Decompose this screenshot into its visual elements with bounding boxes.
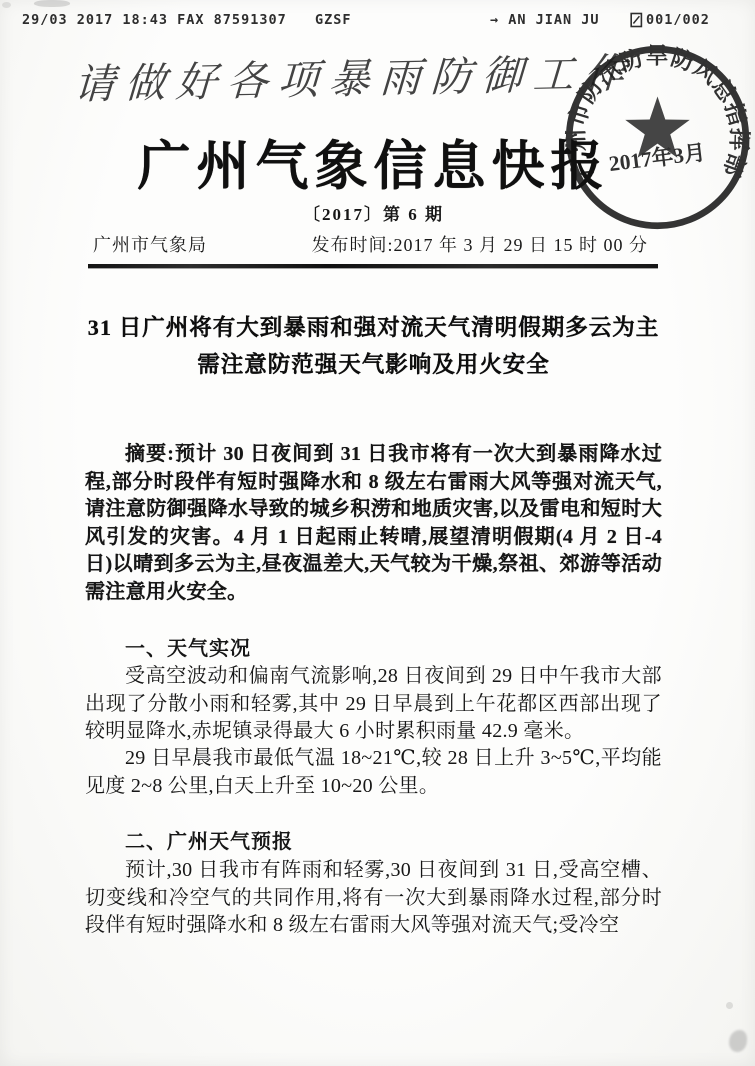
fax-page-counter: 001/002	[630, 12, 710, 28]
fax-recipient: → AN JIAN JU	[490, 12, 600, 28]
section-1-paragraph-1: 受高空波动和偏南气流影响,28 日夜间到 29 日中午我市大部出现了分散小雨和轻…	[85, 663, 662, 746]
fax-document-page: 29/03 2017 18:43 FAX 87591307 GZSF → AN …	[0, 0, 755, 1066]
issue-number: 〔2017〕第 6 期	[85, 200, 662, 225]
publisher: 广州市气象局	[93, 231, 207, 257]
masthead-divider	[88, 264, 658, 268]
handwritten-note: 请做好各项暴雨防御工作	[73, 40, 616, 110]
page-icon	[630, 12, 643, 28]
headline-line-2: 需注意防范强天气影响及用火安全	[85, 346, 662, 383]
fax-page-count: 001/002	[646, 12, 710, 28]
headline: 31 日广州将有大到暴雨和强对流天气清明假期多云为主 需注意防范强天气影响及用火…	[85, 309, 662, 383]
headline-line-1: 31 日广州将有大到暴雨和强对流天气清明假期多云为主	[85, 309, 662, 346]
fax-datetime: 29/03 2017 18:43 FAX 87591307	[22, 12, 287, 28]
section-2-paragraph-1: 预计,30 日我市有阵雨和轻雾,30 日夜间到 31 日,受高空槽、切变线和冷空…	[85, 857, 662, 940]
section-1-paragraph-2: 29 日早晨我市最低气温 18~21℃,较 28 日上升 3~5℃,平均能见度 …	[85, 745, 662, 800]
bulletin-title: 广州气象信息快报	[85, 124, 662, 200]
publisher-row: 广州市气象局 发布时间:2017 年 3 月 29 日 15 时 00 分	[85, 231, 662, 257]
section-1-heading: 一、天气实况	[85, 636, 662, 664]
scan-artifact-top-left	[2, 2, 11, 8]
scan-artifact-top	[34, 0, 70, 7]
summary-paragraph: 摘要:预计 30 日夜间到 31 日我市将有一次大到暴雨降水过程,部分时段伴有短…	[85, 441, 662, 606]
fax-header: 29/03 2017 18:43 FAX 87591307 GZSF → AN …	[22, 12, 737, 34]
scan-artifact-bottom-right	[729, 1030, 747, 1052]
scan-artifact-speckle	[726, 1002, 733, 1009]
fax-sender-id: GZSF	[315, 12, 352, 28]
release-time: 发布时间:2017 年 3 月 29 日 15 时 00 分	[312, 231, 649, 257]
section-2-heading: 二、广州天气预报	[85, 829, 662, 857]
